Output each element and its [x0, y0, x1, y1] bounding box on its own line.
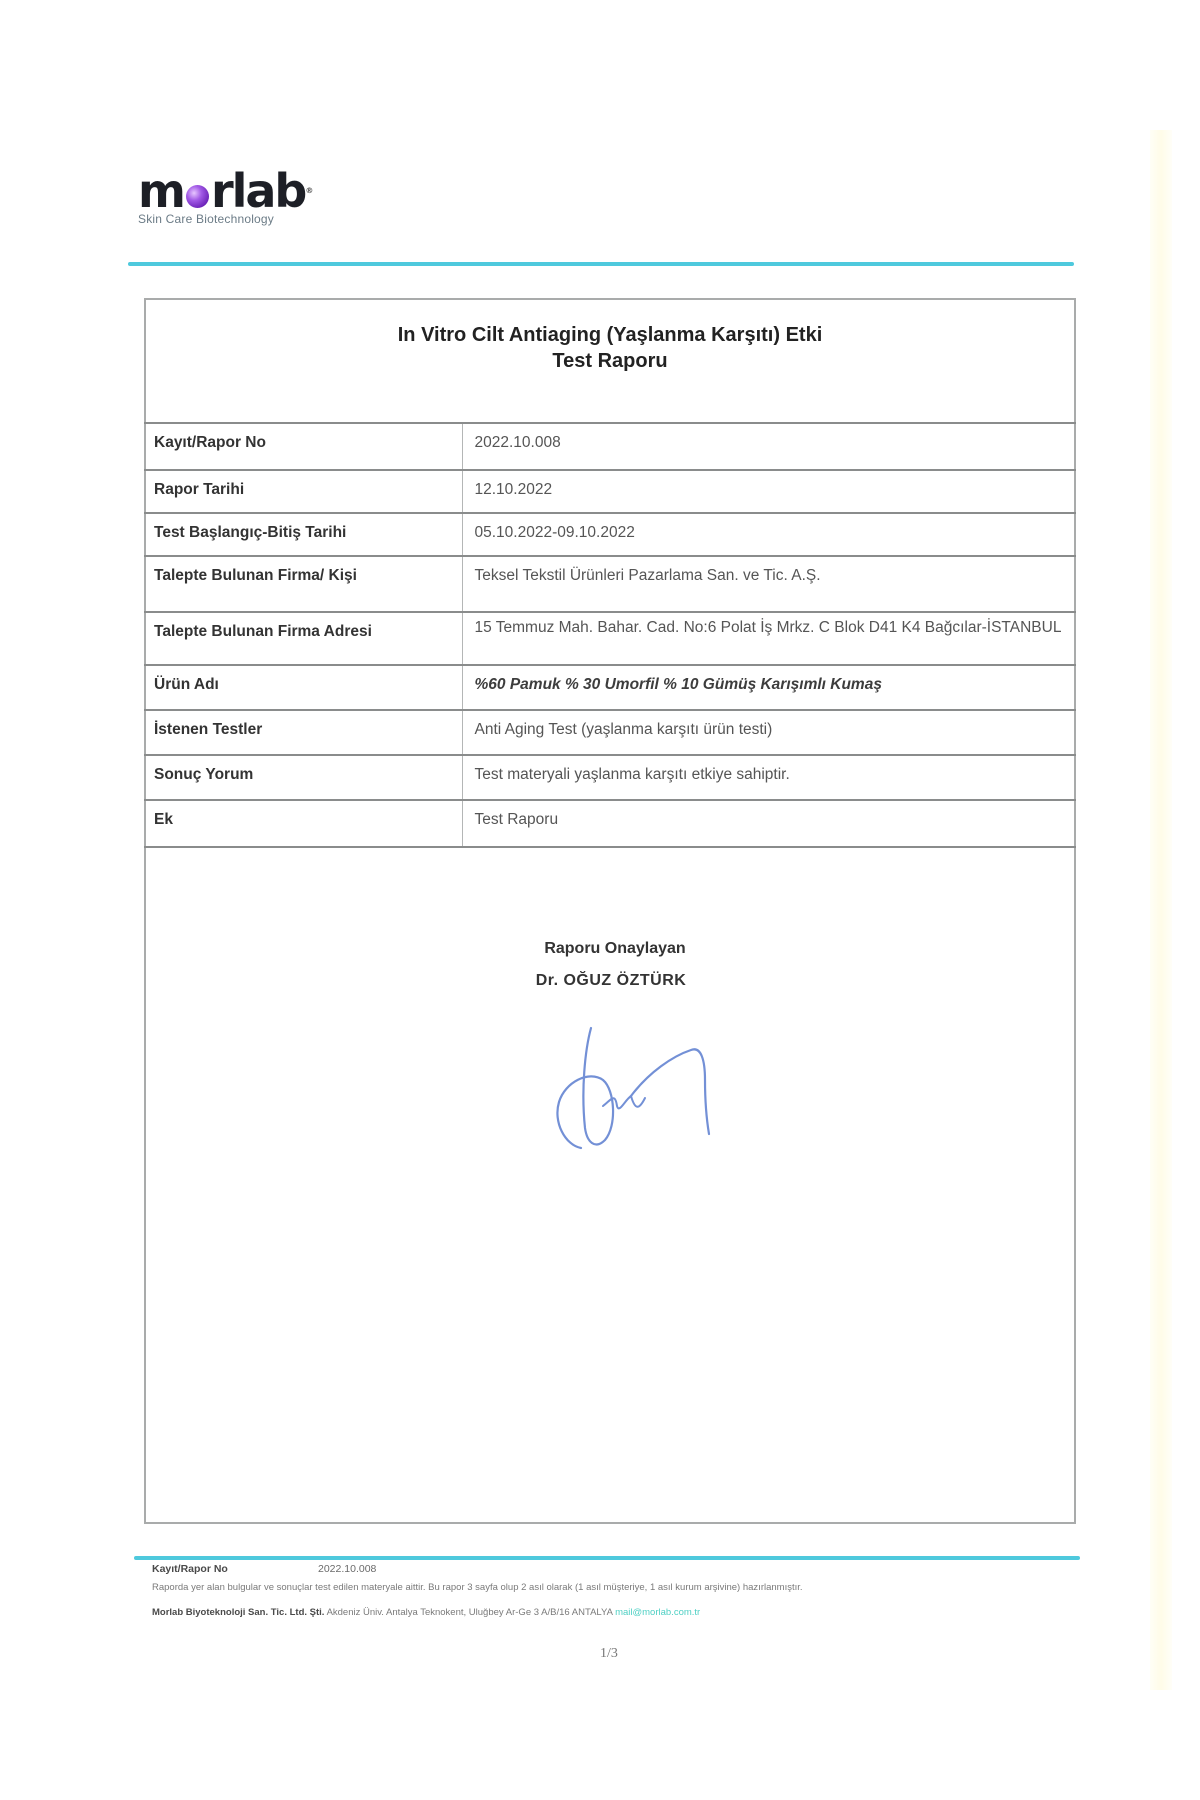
row-label: Talepte Bulunan Firma/ Kişi: [144, 556, 462, 612]
report-title-line1: In Vitro Cilt Antiaging (Yaşlanma Karşıt…: [146, 322, 1074, 348]
row-value: 05.10.2022-09.10.2022: [462, 513, 1076, 556]
footer-address: Akdeniz Üniv. Antalya Teknokent, Uluğbey…: [327, 1607, 613, 1618]
table-row: Ürün Adı %60 Pamuk % 30 Umorfil % 10 Güm…: [144, 665, 1076, 710]
logo-orb-icon: [186, 185, 209, 208]
row-value: Test Raporu: [462, 800, 1076, 847]
row-label: Sonuç Yorum: [144, 755, 462, 800]
row-value: %60 Pamuk % 30 Umorfil % 10 Gümüş Karışı…: [462, 665, 1076, 710]
row-value: 2022.10.008: [462, 423, 1076, 470]
page-number: 1/3: [600, 1646, 618, 1662]
footer-report-no-value: 2022.10.008: [318, 1563, 376, 1575]
row-value: Anti Aging Test (yaşlanma karşıtı ürün t…: [462, 710, 1076, 755]
row-value: Test materyali yaşlanma karşıtı etkiye s…: [462, 755, 1076, 800]
page-footer: Kayıt/Rapor No 2022.10.008 Raporda yer a…: [152, 1563, 1082, 1618]
company-logo: mrlab® Skin Care Biotechnology: [138, 168, 313, 226]
footer-company-info: Morlab Biyoteknoloji San. Tic. Ltd. Şti.…: [152, 1607, 1082, 1618]
report-box: In Vitro Cilt Antiaging (Yaşlanma Karşıt…: [144, 298, 1076, 1524]
approval-block: Raporu Onaylayan Dr. OĞUZ ÖZTÜRK: [146, 940, 1074, 990]
table-row: Kayıt/Rapor No 2022.10.008: [144, 423, 1076, 470]
table-row: Test Başlangıç-Bitiş Tarihi 05.10.2022-0…: [144, 513, 1076, 556]
row-value: 12.10.2022: [462, 470, 1076, 513]
table-row: Sonuç Yorum Test materyali yaşlanma karş…: [144, 755, 1076, 800]
row-label: Ek: [144, 800, 462, 847]
row-value: 15 Temmuz Mah. Bahar. Cad. No:6 Polat İş…: [462, 612, 1076, 665]
report-title: In Vitro Cilt Antiaging (Yaşlanma Karşıt…: [146, 322, 1074, 374]
row-label: İstenen Testler: [144, 710, 462, 755]
footer-report-no-label: Kayıt/Rapor No: [152, 1563, 318, 1575]
row-label: Test Başlangıç-Bitiş Tarihi: [144, 513, 462, 556]
table-row: Talepte Bulunan Firma/ Kişi Teksel Tekst…: [144, 556, 1076, 612]
report-info-table: Kayıt/Rapor No 2022.10.008 Rapor Tarihi …: [144, 422, 1076, 848]
table-row: Talepte Bulunan Firma Adresi 15 Temmuz M…: [144, 612, 1076, 665]
header-divider: [128, 262, 1074, 266]
row-label: Rapor Tarihi: [144, 470, 462, 513]
row-value: Teksel Tekstil Ürünleri Pazarlama San. v…: [462, 556, 1076, 612]
table-row: Ek Test Raporu: [144, 800, 1076, 847]
row-label: Kayıt/Rapor No: [144, 423, 462, 470]
approver-name: Dr. OĞUZ ÖZTÜRK: [148, 972, 1074, 990]
scan-edge-band: [1150, 130, 1172, 1690]
logo-wordmark: mrlab®: [138, 168, 313, 214]
table-row: Rapor Tarihi 12.10.2022: [144, 470, 1076, 513]
footer-divider: [134, 1556, 1080, 1560]
approval-label: Raporu Onaylayan: [156, 940, 1074, 958]
row-label: Ürün Adı: [144, 665, 462, 710]
report-title-line2: Test Raporu: [146, 348, 1074, 374]
footer-disclaimer: Raporda yer alan bulgular ve sonuçlar te…: [152, 1582, 1082, 1593]
footer-email-link[interactable]: mail@morlab.com.tr: [615, 1607, 700, 1618]
table-row: İstenen Testler Anti Aging Test (yaşlanm…: [144, 710, 1076, 755]
row-label: Talepte Bulunan Firma Adresi: [144, 612, 462, 665]
signature-image: [545, 1010, 725, 1160]
footer-company: Morlab Biyoteknoloji San. Tic. Ltd. Şti.: [152, 1607, 324, 1618]
